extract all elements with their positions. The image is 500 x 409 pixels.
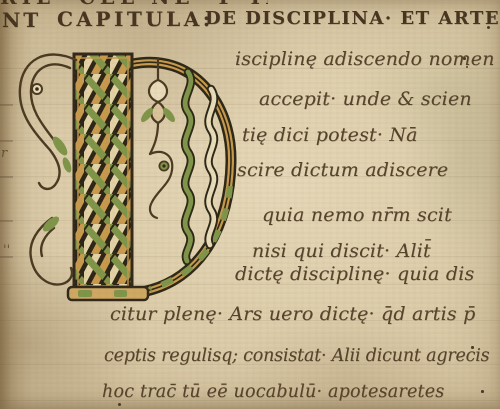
serpent-hook-icon [30,214,72,285]
text-line: isciplinę adiscendo nomen [235,48,495,70]
text-line: quia nemo nr̄m scit [262,204,452,226]
initial-stem-knotwork [68,54,148,300]
text-line: nisi qui discit· Alit̄ [252,240,431,262]
text-line: citur plenę· Ars uero dictę· q̄d artis p… [110,303,475,325]
text-line: dictę disciplinę· quia dis [235,263,474,285]
text-line: scire dictum adiscere [237,159,448,181]
serpent-head-icon [20,55,76,189]
ink-speck [471,346,474,349]
ink-speck [466,66,468,68]
ink-speck [118,403,121,406]
text-line: tię dici potest· Nā [242,124,418,146]
illuminated-initial-d [6,44,238,306]
manuscript-page: RIL· CEL NE ·P·IL NT CAPITULA: DE DISCIP… [0,0,500,409]
text-line: ceptis regulisq; consistat· Alii dicunt … [104,346,489,366]
margin-mark: '' [3,243,10,258]
margin-mark: r [1,146,7,161]
heading-title: DE DISCIPLINA· ET ARTE [205,8,500,29]
text-line: accepit· unde & scien [259,88,472,110]
bowl-interior-ornament [139,58,177,218]
text-line: hoc trac̄ tū eē uocabulū· apotesaretes [102,382,444,402]
bowl-wavy-ribbons [185,72,214,261]
ink-speck [487,26,490,29]
ink-speck [463,57,466,60]
heading-capitula: CAPITULA: [57,7,214,31]
heading-fragment: NT [2,8,41,32]
ink-speck [481,390,484,393]
